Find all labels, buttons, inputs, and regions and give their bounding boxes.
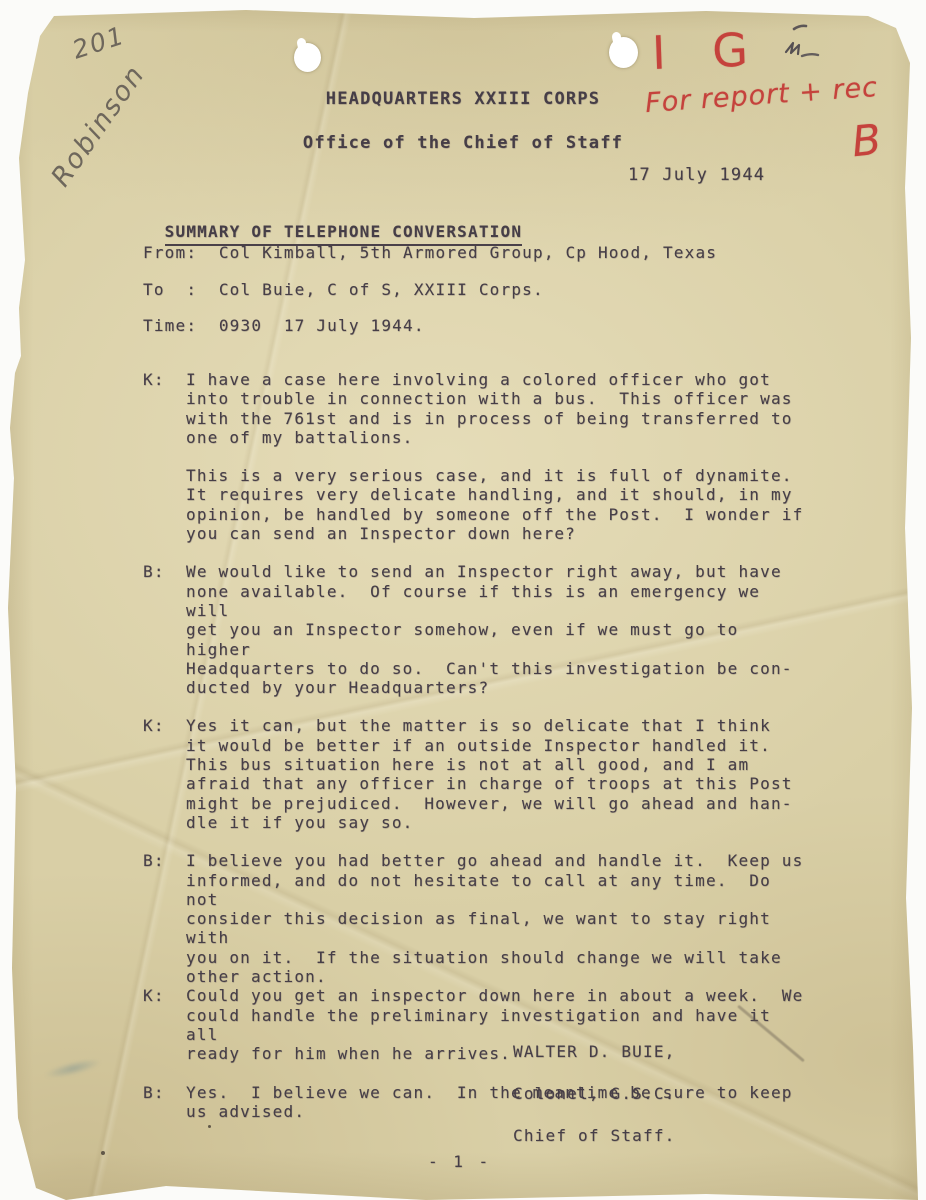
paragraph-text: Yes. I believe we can. In the meantime b… [186,1083,813,1122]
paragraph-text: We would like to send an Inspector right… [186,562,813,697]
pencil-scribble-mark [780,22,826,70]
paragraph-text: Yes it can, but the matter is so delicat… [186,716,813,832]
speaker-label: B: [143,851,186,986]
red-initials-ig: I G [651,22,765,80]
paragraph-text: I have a case here involving a colored o… [186,370,813,447]
date-line: 17 July 1944 [628,166,765,185]
signature-name: WALTER D. BUIE, [513,1042,676,1061]
speaker-label: K: [143,716,186,832]
paragraph-text: Could you get an inspector down here in … [186,986,813,1063]
speaker-label: K: [143,986,186,1063]
page-number: - 1 - [428,1152,491,1171]
punch-hole-right [609,37,638,68]
dialogue-paragraph: B: I believe you had better go ahead and… [143,851,813,986]
punch-hole-left [294,43,321,72]
paragraph-text: This is a very serious case, and it is f… [186,466,813,543]
meta-time: Time: 0930 17 July 1944. [143,316,425,335]
dialogue-paragraph: B: We would like to send an Inspector ri… [143,562,813,697]
signature-block: WALTER D. BUIE, Colonel, G.S.C. Chief of… [513,1041,676,1146]
letterhead: HEADQUARTERS XXIII CORPS Office of the C… [0,88,926,154]
dialogue-paragraph: K: Could you get an inspector down here … [143,986,813,1063]
dialogue-paragraph: K: I have a case here involving a colore… [143,370,813,447]
paper-speck [101,1151,105,1155]
paper-speck [208,1125,211,1128]
dialogue-transcript: K: I have a case here involving a colore… [143,370,813,1140]
dialogue-paragraph: B: Yes. I believe we can. In the meantim… [143,1083,813,1122]
speaker-label: B: [143,1083,186,1122]
meta-from: From: Col Kimball, 5th Armored Group, Cp… [143,243,717,262]
speaker-label: K: [143,370,186,447]
paragraph-text: I believe you had better go ahead and ha… [186,851,813,986]
dialogue-paragraph: This is a very serious case, and it is f… [143,466,813,543]
letterhead-line2: Office of the Chief of Staff [303,133,623,153]
speaker-label: B: [143,562,186,697]
signature-rank: Colonel, G.S.C. [513,1084,676,1103]
letterhead-line1: HEADQUARTERS XXIII CORPS [326,89,600,109]
meta-to: To : Col Buie, C of S, XXIII Corps. [143,280,544,299]
signature-title: Chief of Staff. [513,1126,676,1145]
dialogue-paragraph: K: Yes it can, but the matter is so deli… [143,716,813,832]
speaker-label [143,466,186,543]
